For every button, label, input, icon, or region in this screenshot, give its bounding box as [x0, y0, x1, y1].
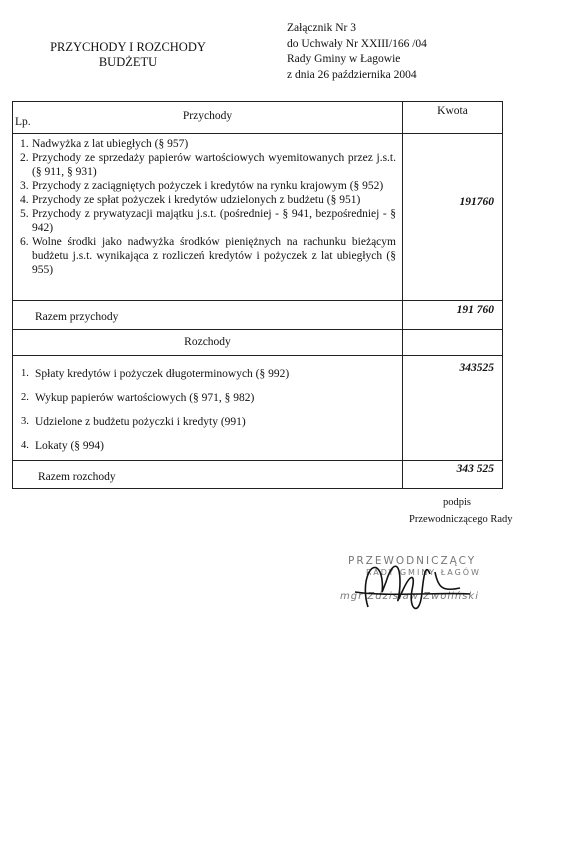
income-item: 4.Przychody ze spłat pożyczek i kredytów…: [20, 193, 396, 207]
item-number: 6.: [20, 235, 32, 277]
income-item: 1.Nadwyżka z lat ubiegłych (§ 957): [20, 137, 396, 151]
item-number: 4.: [21, 434, 35, 458]
expense-total-value: 343 525: [457, 463, 494, 475]
item-text: Nadwyżka z lat ubiegłych (§ 957): [32, 137, 396, 151]
expense-item: 3.Udzielone z budżetu pożyczki i kredyty…: [21, 410, 396, 434]
annex-reference: Załącznik Nr 3 do Uchwały Nr XXIII/166 /…: [287, 21, 427, 83]
item-text: Przychody ze spłat pożyczek i kredytów u…: [32, 193, 396, 207]
income-item: 3.Przychody z zaciągniętych pożyczek i k…: [20, 179, 396, 193]
header-kwota: Kwota: [403, 105, 502, 117]
resolution-number: do Uchwały Nr XXIII/166 /04: [287, 37, 427, 53]
item-text: Udzielone z budżetu pożyczki i kredyty (…: [35, 410, 246, 434]
income-items-row: 1.Nadwyżka z lat ubiegłych (§ 957)2.Przy…: [13, 134, 502, 301]
council-name: Rady Gminy w Łagowie: [287, 52, 427, 68]
handwritten-signature-icon: [350, 552, 490, 622]
expense-item: 4.Lokaty (§ 994): [21, 434, 396, 458]
expense-total-row: Razem rozchody 343 525: [13, 461, 502, 488]
signature-title: Przewodniczącego Rady: [409, 514, 513, 525]
expense-header: Rozchody: [13, 336, 402, 348]
expense-list: 1.Spłaty kredytów i pożyczek długotermin…: [13, 356, 402, 458]
income-item: 5.Przychody z prywatyzacji majątku j.s.t…: [20, 207, 396, 235]
income-amount: 191760: [460, 196, 495, 208]
expense-total-label: Razem rozchody: [38, 471, 116, 483]
income-total-row: Razem przychody 191 760: [13, 301, 502, 330]
item-number: 1.: [21, 362, 35, 386]
resolution-date: z dnia 26 października 2004: [287, 68, 427, 84]
expense-item: 1.Spłaty kredytów i pożyczek długotermin…: [21, 362, 396, 386]
item-number: 1.: [20, 137, 32, 151]
title-line-1: PRZYCHODY I ROZCHODY: [28, 40, 228, 55]
expense-item: 2.Wykup papierów wartościowych (§ 971, §…: [21, 386, 396, 410]
expense-items-row: 1.Spłaty kredytów i pożyczek długotermin…: [13, 356, 502, 461]
income-list: 1.Nadwyżka z lat ubiegłych (§ 957)2.Przy…: [13, 134, 402, 277]
item-text: Wolne środki jako nadwyżka środków pieni…: [32, 235, 396, 277]
annex-number: Załącznik Nr 3: [287, 21, 427, 37]
signature-caption: podpis: [443, 497, 471, 508]
item-text: Przychody z zaciągniętych pożyczek i kre…: [32, 179, 396, 193]
item-number: 3.: [21, 410, 35, 434]
item-number: 5.: [20, 207, 32, 235]
budget-table: Lp. Przychody Kwota 1.Nadwyżka z lat ubi…: [12, 101, 503, 489]
expense-header-row: Rozchody: [13, 330, 502, 356]
item-text: Przychody ze sprzedaży papierów wartości…: [32, 151, 396, 179]
document-title: PRZYCHODY I ROZCHODY BUDŻETU: [28, 40, 228, 70]
header-przychody: Przychody: [13, 110, 402, 122]
income-total-value: 191 760: [457, 304, 494, 316]
item-number: 2.: [21, 386, 35, 410]
income-item: 6.Wolne środki jako nadwyżka środków pie…: [20, 235, 396, 277]
item-number: 2.: [20, 151, 32, 179]
item-text: Przychody z prywatyzacji majątku j.s.t. …: [32, 207, 396, 235]
item-text: Lokaty (§ 994): [35, 434, 104, 458]
income-total-label: Razem przychody: [35, 311, 118, 323]
expense-amount: 343525: [460, 362, 495, 374]
item-text: Spłaty kredytów i pożyczek długoterminow…: [35, 362, 289, 386]
item-number: 4.: [20, 193, 32, 207]
item-number: 3.: [20, 179, 32, 193]
income-item: 2.Przychody ze sprzedaży papierów wartoś…: [20, 151, 396, 179]
item-text: Wykup papierów wartościowych (§ 971, § 9…: [35, 386, 254, 410]
title-line-2: BUDŻETU: [28, 55, 228, 70]
table-header-row: Lp. Przychody Kwota: [13, 102, 502, 134]
